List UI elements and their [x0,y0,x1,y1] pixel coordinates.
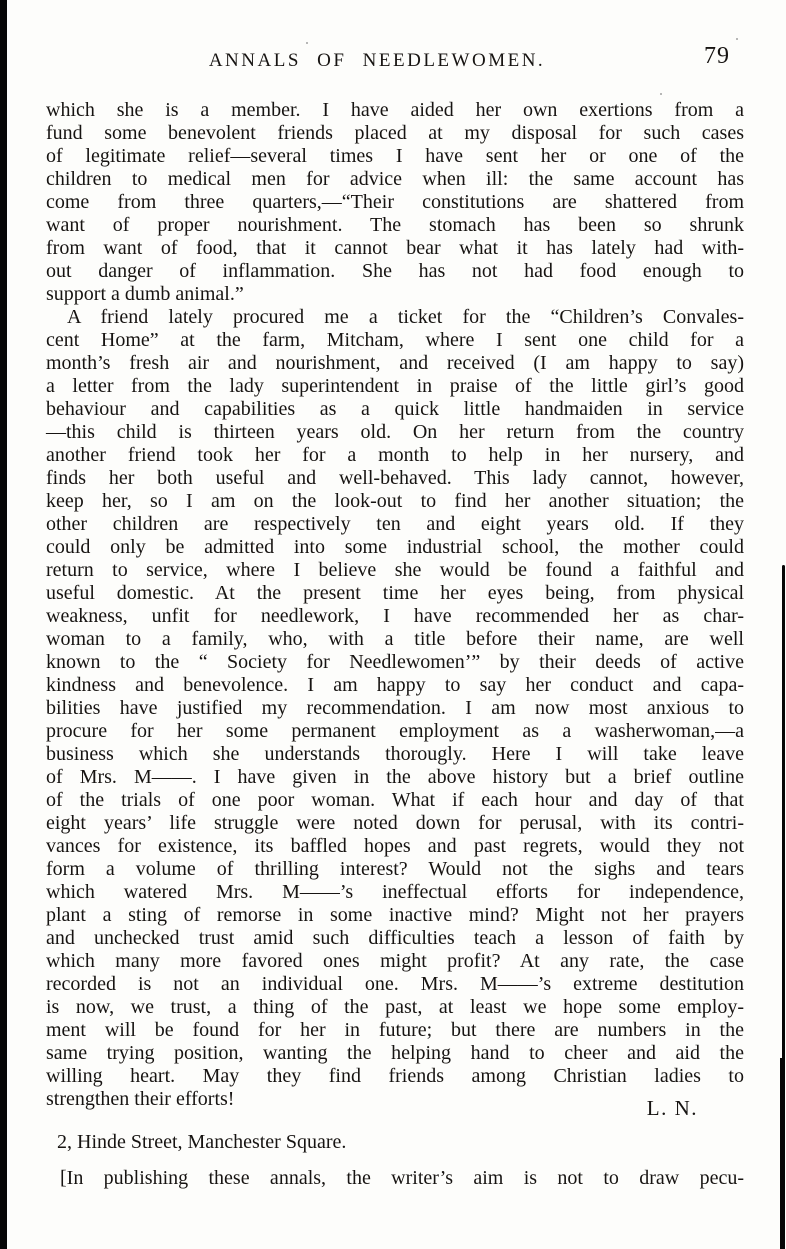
text-line: form a volume of thrilling interest? Wou… [46,858,744,881]
text-line: return to service, where I believe she w… [46,559,744,582]
editorial-note-line: [In publishing these annals, the writer’… [46,1167,744,1190]
text-line: which she is a member. I have aided her … [46,99,744,122]
text-line: which many more favored ones might profi… [46,950,744,973]
text-line: willing heart. May they find friends amo… [46,1065,744,1088]
text-line: fund some benevolent friends placed at m… [46,122,744,145]
paragraph: A friend lately procured me a ticket for… [46,306,744,1111]
text-line: woman to a family, who, with a title bef… [46,628,744,651]
text-line: of legitimate relief—several times I hav… [46,145,744,168]
text-line: could only be admitted into some industr… [46,536,744,559]
text-line: behaviour and capabilities as a quick li… [46,398,744,421]
text-line: business which she understands thorougly… [46,743,744,766]
text-line: recorded is not an individual one. Mrs. … [46,973,744,996]
text-line: of Mrs. M——. I have given in the above h… [46,766,744,789]
text-line: a letter from the lady superintendent in… [46,375,744,398]
text-line: of the trials of one poor woman. What if… [46,789,744,812]
page-header: ANNALS OF NEEDLEWOMEN. 79 [46,50,744,84]
scan-speck [736,38,738,40]
text-line: another friend took her for a month to h… [46,444,744,467]
book-page-scan: ANNALS OF NEEDLEWOMEN. 79 which she is a… [0,0,786,1249]
text-line: procure for her some permanent employmen… [46,720,744,743]
text-line: known to the “ Society for Needlewomen’”… [46,651,744,674]
page-number: 79 [704,43,730,70]
text-line: useful domestic. At the present time her… [46,582,744,605]
page-body: which she is a member. I have aided her … [46,99,744,1111]
text-line: want of proper nourishment. The stomach … [46,214,744,237]
text-line: —this child is thirteen years old. On he… [46,421,744,444]
paragraph: which she is a member. I have aided her … [46,99,744,306]
scan-left-border [0,0,7,1249]
scan-right-edge-line-bottom [780,1058,785,1249]
text-line: out danger of inflammation. She has not … [46,260,744,283]
text-line: cent Home” at the farm, Mitcham, where I… [46,329,744,352]
text-line: children to medical men for advice when … [46,168,744,191]
author-initials: L. N. [647,1096,698,1121]
text-line: month’s fresh air and nourishment, and r… [46,352,744,375]
text-line: weakness, unfit for needlework, I have r… [46,605,744,628]
text-line: same trying position, wanting the helpin… [46,1042,744,1065]
text-line: ment will be found for her in future; bu… [46,1019,744,1042]
text-line: and unchecked trust amid such difficulti… [46,927,744,950]
text-line: bilities have justified my recommendatio… [46,697,744,720]
text-line: strengthen their efforts! [46,1088,744,1111]
text-line: is now, we trust, a thing of the past, a… [46,996,744,1019]
scan-speck [660,93,662,95]
text-line: eight years’ life struggle were noted do… [46,812,744,835]
text-line: support a dumb animal.” [46,283,744,306]
scan-right-edge-line [782,565,785,1065]
text-line: finds her both useful and well-behaved. … [46,467,744,490]
text-line: A friend lately procured me a ticket for… [46,306,744,329]
scan-speck [306,42,308,44]
text-line: plant a sting of remorse in some inactiv… [46,904,744,927]
address-line: 2, Hinde Street, Manchester Square. [57,1131,346,1154]
text-line: other children are respectively ten and … [46,513,744,536]
running-title: ANNALS OF NEEDLEWOMEN. [28,50,726,72]
text-line: kindness and benevolence. I am happy to … [46,674,744,697]
text-line: which watered Mrs. M——’s ineffectual eff… [46,881,744,904]
text-line: keep her, so I am on the look-out to fin… [46,490,744,513]
text-line: vances for existence, its baffled hopes … [46,835,744,858]
text-line: from want of food, that it cannot bear w… [46,237,744,260]
text-line: come from three quarters,—“Their constit… [46,191,744,214]
